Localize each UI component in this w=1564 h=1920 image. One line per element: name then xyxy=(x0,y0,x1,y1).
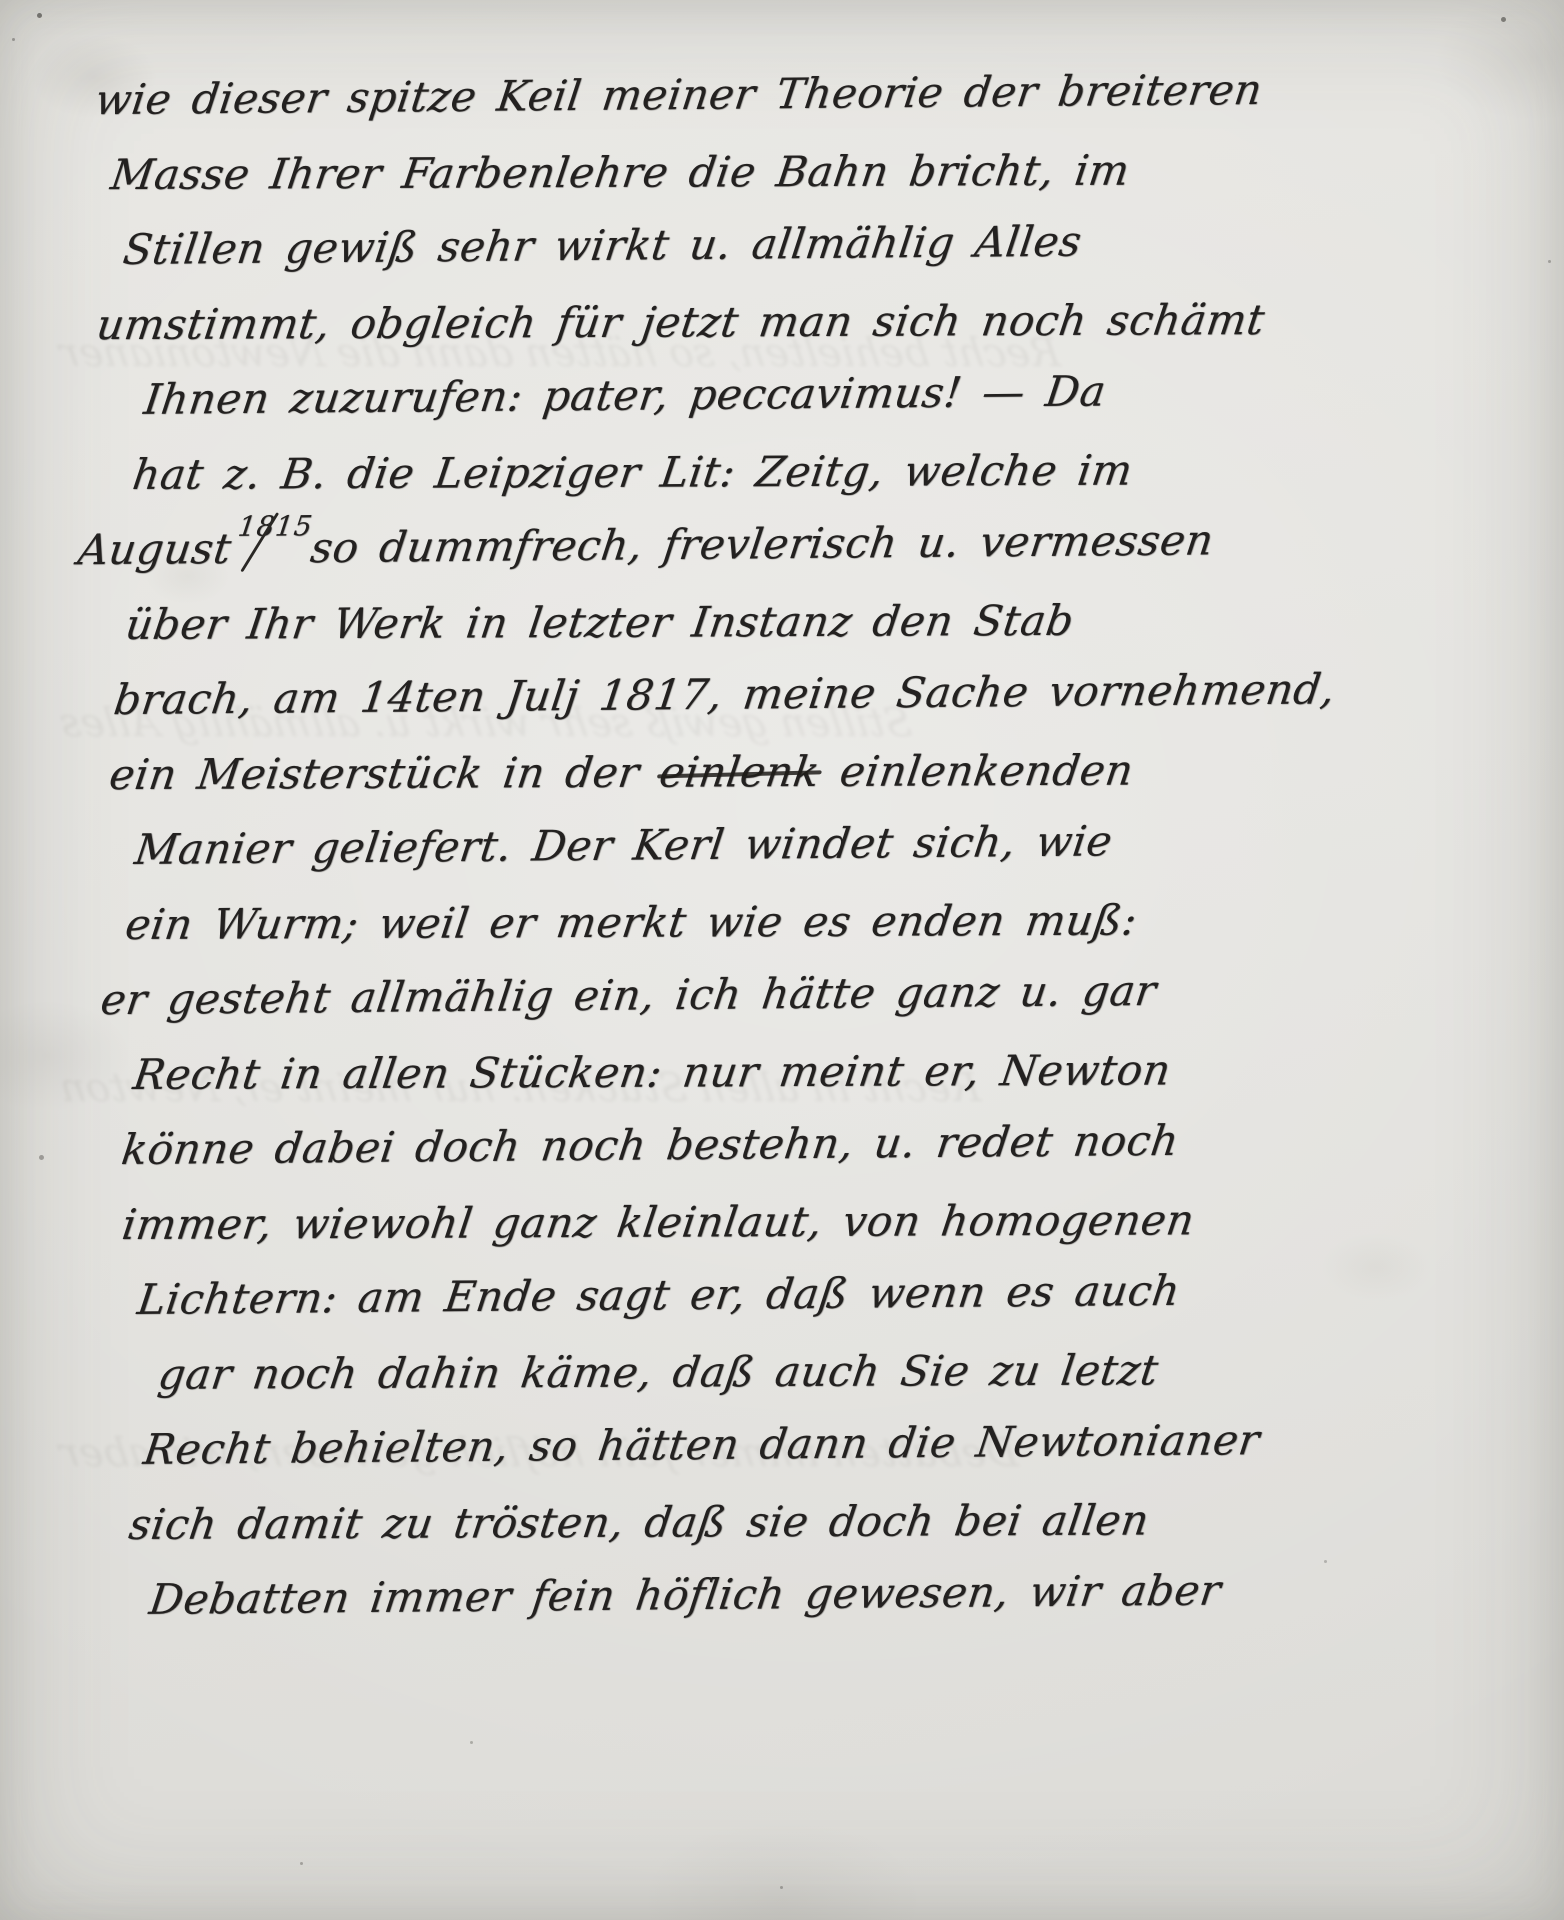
handwritten-line: sich damit zu trösten, daß sie doch bei … xyxy=(124,1481,1564,1562)
handwritten-line: Manier geliefert. Der Kerl windet sich, … xyxy=(130,799,1564,887)
handwritten-line-with-strikethrough: ein Meisterstück in der einlenk einlenke… xyxy=(105,731,1564,812)
handwritten-line: Debatten immer fein höflich gewesen, wir… xyxy=(145,1549,1564,1636)
handwritten-line: über Ihr Werk in letzter Instanz den Sta… xyxy=(121,581,1564,662)
letter-body: wie dieser spitze Keil meiner Theorie de… xyxy=(0,53,1564,1638)
handwritten-line: hat z. B. die Leipziger Lit: Zeitg, welc… xyxy=(128,431,1564,512)
paper-specks xyxy=(0,0,3,3)
struck-out-word: einlenk xyxy=(657,747,823,797)
handwritten-line: Lichtern: am Ende sagt er, daß wenn es a… xyxy=(133,1249,1564,1337)
handwritten-line: immer, wiewohl ganz kleinlaut, von homog… xyxy=(118,1181,1564,1262)
line-text-before-strikethrough: ein Meisterstück in der xyxy=(107,748,664,799)
handwritten-line: Recht in allen Stücken: nur meint er, Ne… xyxy=(129,1031,1564,1112)
interlinear-insertion: 1815 xyxy=(229,562,309,563)
line-text-after-insertion: so dummfrech, frevlerisch u. vermessen xyxy=(308,515,1217,572)
handwritten-line: Masse Ihrer Farbenlehre die Bahn bricht,… xyxy=(106,131,1564,212)
handwritten-line: ein Wurm; weil er merkt wie es enden muß… xyxy=(121,881,1564,962)
handwritten-line: gar noch dahin käme, daß auch Sie zu let… xyxy=(153,1331,1564,1412)
handwritten-line: er gesteht allmählig ein, ich hätte ganz… xyxy=(96,949,1564,1037)
handwritten-line: umstimmt, obgleich für jetzt man sich no… xyxy=(92,281,1564,362)
handwritten-line: Stillen gewiß sehr wirkt u. allmählig Al… xyxy=(119,199,1564,287)
handwritten-line: könne dabei doch noch bestehn, u. redet … xyxy=(117,1099,1564,1187)
handwritten-line: brach, am 14ten Julj 1817, meine Sache v… xyxy=(109,649,1564,737)
line-text-before-insertion: August xyxy=(75,524,234,574)
handwritten-line-with-insertion: August1815so dummfrech, frevlerisch u. v… xyxy=(73,499,1564,587)
line-text-after-strikethrough: einlenkenden xyxy=(816,746,1136,796)
handwritten-line: Recht behielten, so hätten dann die Newt… xyxy=(139,1399,1564,1487)
handwritten-line: wie dieser spitze Keil meiner Theorie de… xyxy=(91,49,1564,137)
handwritten-line: Ihnen zuzurufen: pater, peccavimus! — Da xyxy=(139,349,1564,436)
manuscript-page: Recht behielten, so hätten dann die Newt… xyxy=(0,0,1564,1920)
